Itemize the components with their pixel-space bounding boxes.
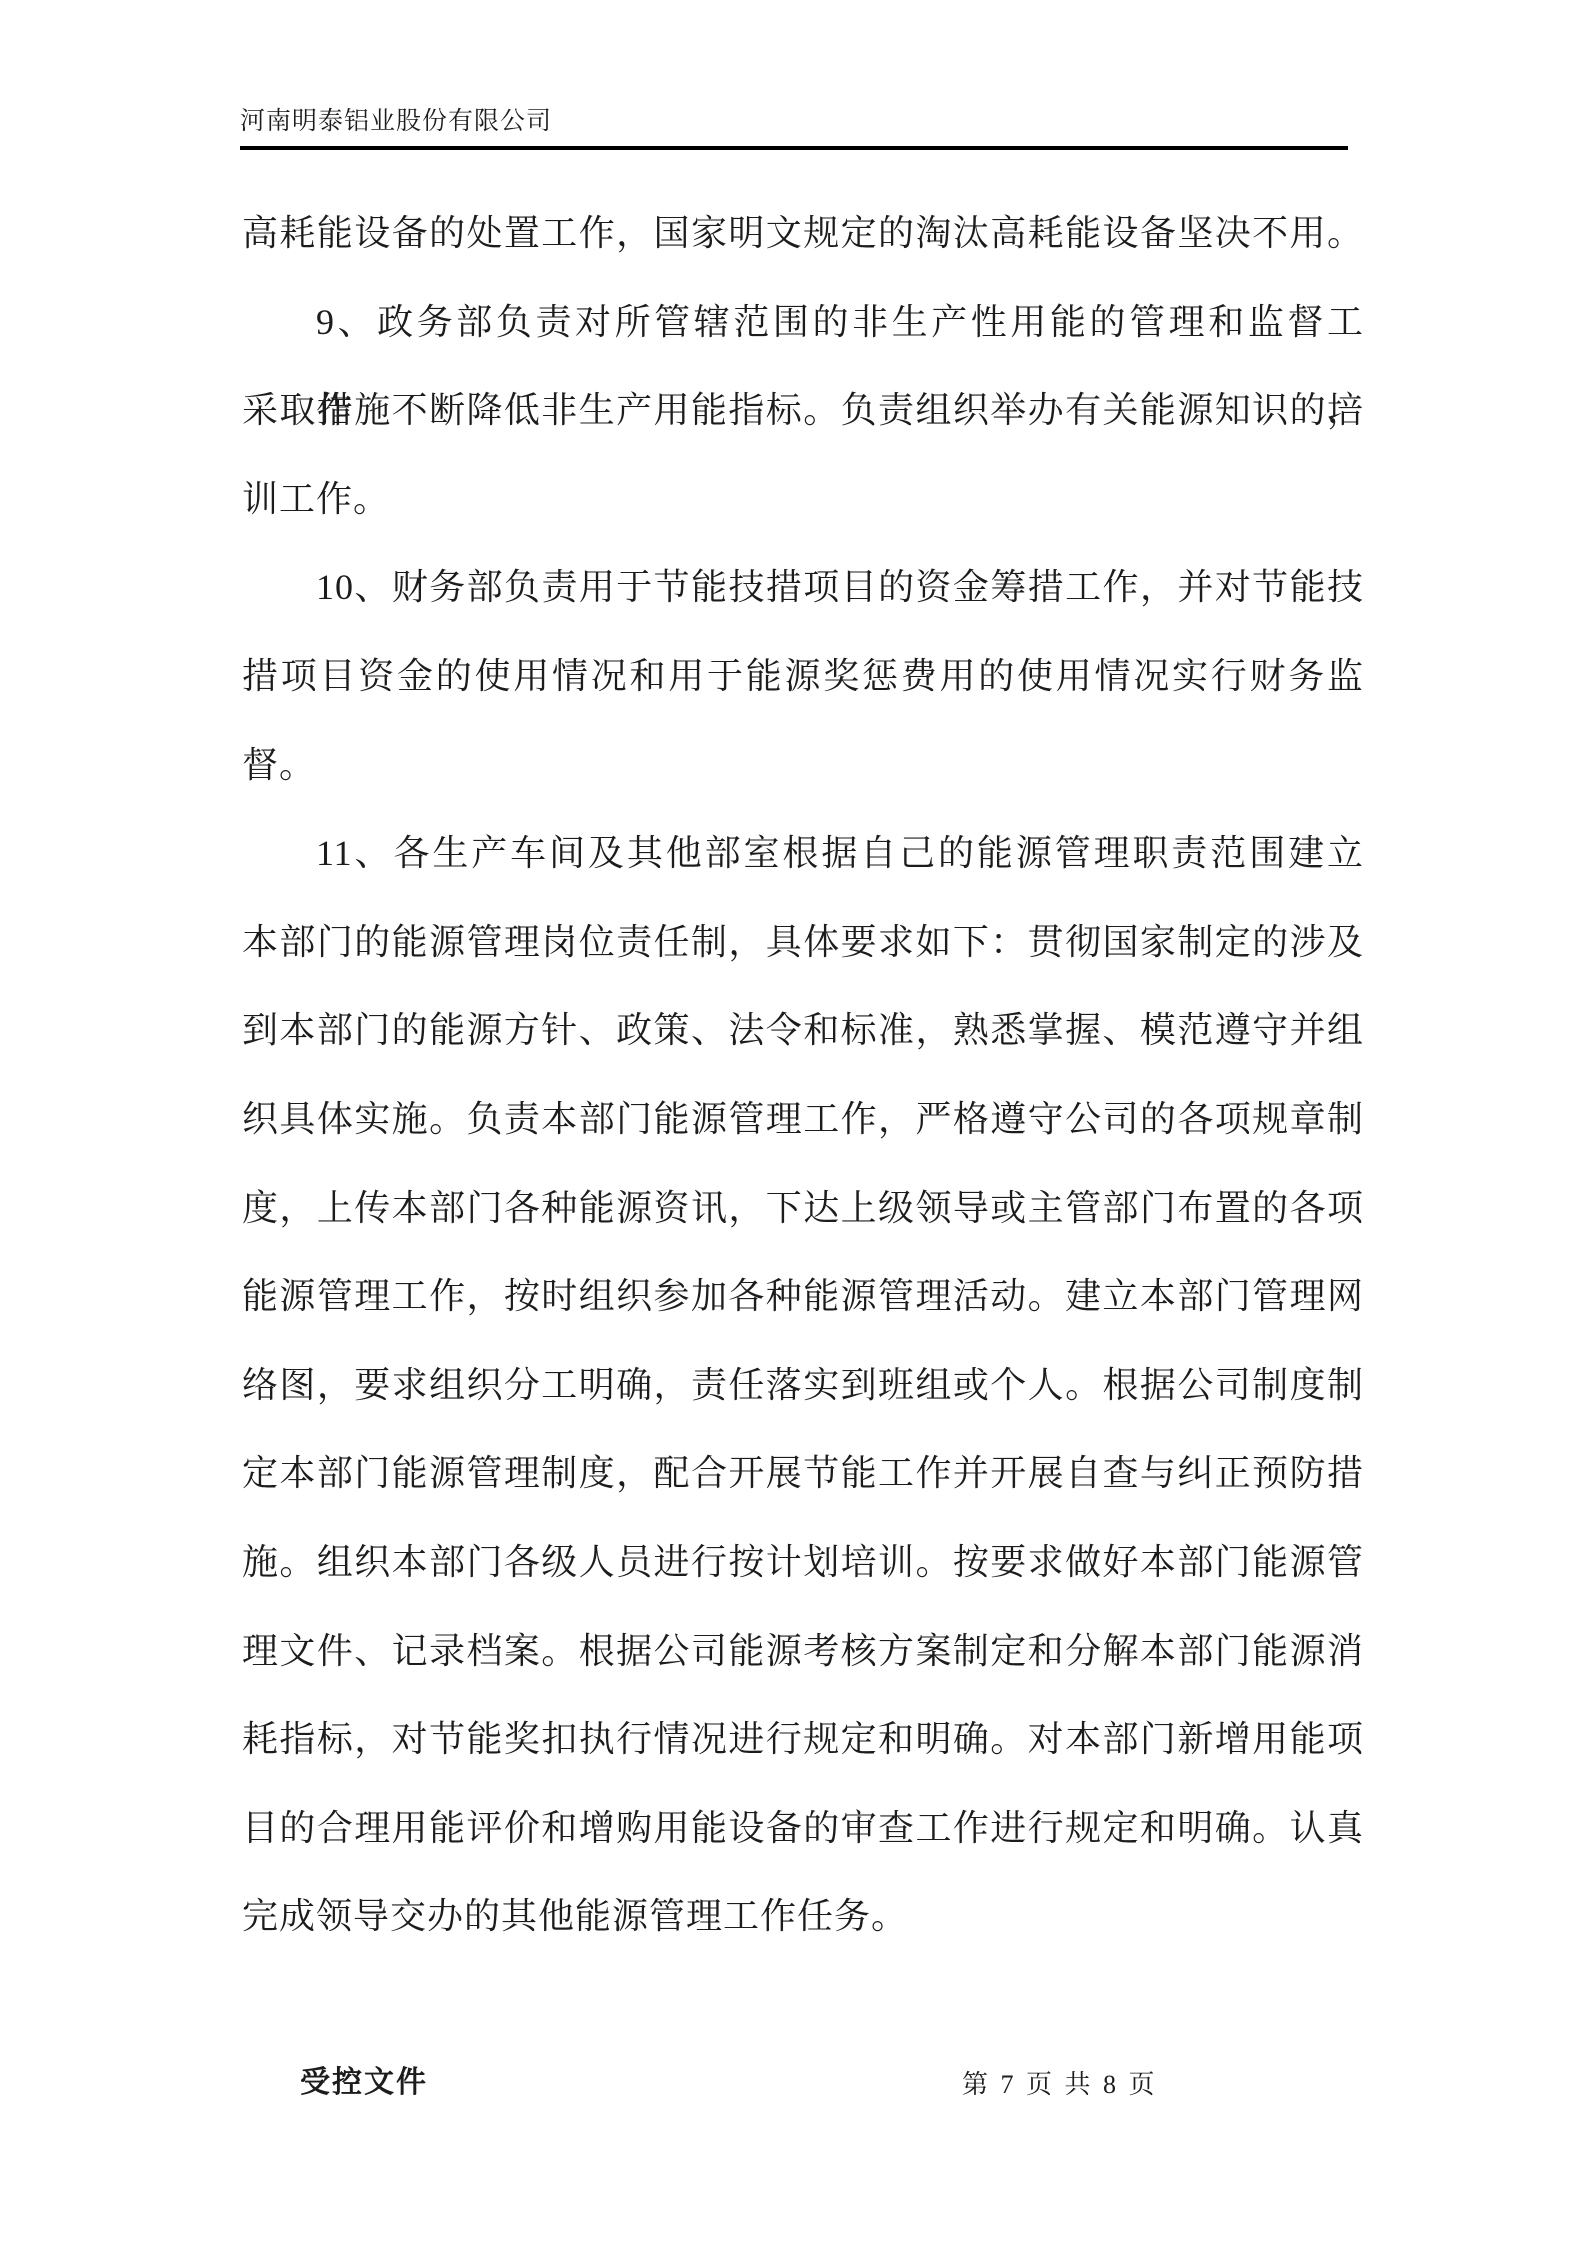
body-line: 定本部门能源管理制度，配合开展节能工作并开展自查与纠正预防措 [242,1429,1364,1518]
document-page: 河南明泰铝业股份有限公司 高耗能设备的处置工作，国家明文规定的淘汰高耗能设备坚决… [0,0,1587,2245]
body-line: 完成领导交办的其他能源管理工作任务。 [242,1872,1364,1961]
body-line: 措项目资金的使用情况和用于能源奖惩费用的使用情况实行财务监 [242,632,1364,721]
company-name: 河南明泰铝业股份有限公司 [240,106,552,138]
body-line: 采取措施不断降低非生产用能指标。负责组织举办有关能源知识的培 [242,366,1364,455]
body-line: 目的合理用能评价和增购用能设备的审查工作进行规定和明确。认真 [242,1784,1364,1873]
body-line: 训工作。 [242,455,1364,544]
body-line: 10、财务部负责用于节能技措项目的资金筹措工作，并对节能技 [242,543,1364,632]
body-line: 督。 [242,721,1364,810]
body-line: 施。组织本部门各级人员进行按计划培训。按要求做好本部门能源管 [242,1518,1364,1607]
body-line: 络图，要求组织分工明确，责任落实到班组或个人。根据公司制度制 [242,1341,1364,1430]
body-line: 理文件、记录档案。根据公司能源考核方案制定和分解本部门能源消 [242,1607,1364,1696]
body-line: 9、政务部负责对所管辖范围的非生产性用能的管理和监督工作， [242,278,1364,367]
body-line: 到本部门的能源方针、政策、法令和标准，熟悉掌握、模范遵守并组 [242,986,1364,1075]
body-line: 织具体实施。负责本部门能源管理工作，严格遵守公司的各项规章制 [242,1075,1364,1164]
body-line: 高耗能设备的处置工作，国家明文规定的淘汰高耗能设备坚决不用。 [242,189,1364,278]
body-line: 本部门的能源管理岗位责任制，具体要求如下：贯彻国家制定的涉及 [242,898,1364,987]
body-line: 耗指标，对节能奖扣执行情况进行规定和明确。对本部门新增用能项 [242,1695,1364,1784]
page-number: 第 7 页 共 8 页 [962,2066,1158,2104]
controlled-document-label: 受控文件 [300,2062,428,2104]
document-body: 高耗能设备的处置工作，国家明文规定的淘汰高耗能设备坚决不用。 9、政务部负责对所… [242,189,1364,1961]
body-line: 能源管理工作，按时组织参加各种能源管理活动。建立本部门管理网 [242,1252,1364,1341]
body-line: 11、各生产车间及其他部室根据自己的能源管理职责范围建立 [242,809,1364,898]
header-divider [240,146,1348,150]
body-line: 度，上传本部门各种能源资讯，下达上级领导或主管部门布置的各项 [242,1164,1364,1253]
